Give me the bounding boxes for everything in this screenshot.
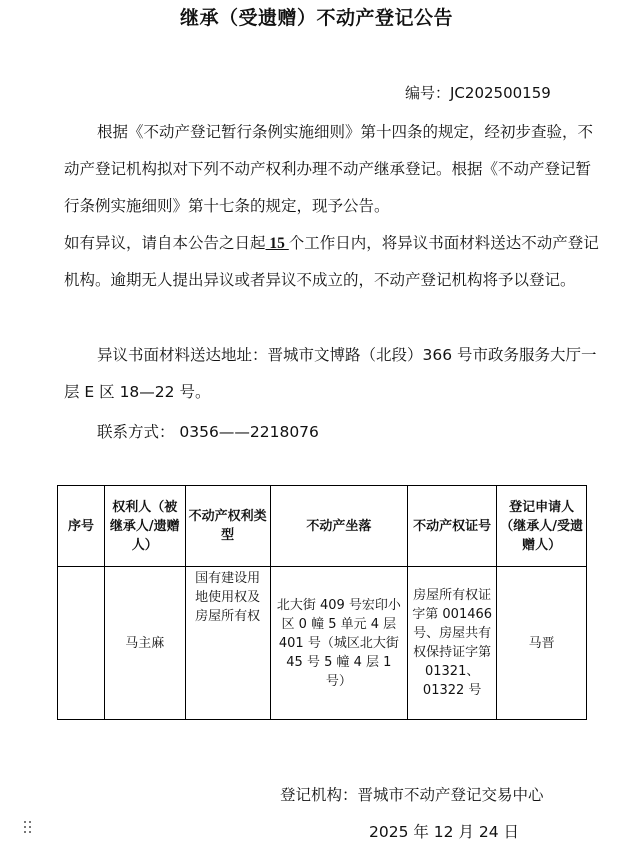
cell-applicant: 马晋	[497, 567, 587, 720]
notice-date: 2025 年 12 月 24 日	[369, 820, 519, 842]
table-header-row: 序号 权利人（被继承人/遗赠人） 不动产权利类型 不动产坐落 不动产权证号 登记…	[58, 486, 587, 567]
header-right-holder: 权利人（被继承人/遗赠人）	[104, 486, 185, 567]
drag-handle-icon[interactable]	[24, 821, 32, 837]
registration-table: 序号 权利人（被继承人/遗赠人） 不动产权利类型 不动产坐落 不动产权证号 登记…	[57, 485, 587, 720]
cell-location: 北大街 409 号宏印小区 0 幢 5 单元 4 层 401 号（城区北大街 4…	[270, 567, 408, 720]
header-location: 不动产坐落	[270, 486, 408, 567]
cell-right-type: 国有建设用地使用权及房屋所有权	[185, 567, 270, 720]
cell-certificate-no: 房屋所有权证字第 001466 号、房屋共有权保持证字第 01321、01322…	[408, 567, 497, 720]
document-number: 编号：JC202500159	[405, 82, 551, 103]
table-row: 马主麻 国有建设用地使用权及房屋所有权 北大街 409 号宏印小区 0 幢 5 …	[58, 567, 587, 720]
header-certificate-no: 不动产权证号	[408, 486, 497, 567]
header-right-type: 不动产权利类型	[185, 486, 270, 567]
contact-line: 联系方式： 0356——2218076	[64, 420, 319, 442]
header-applicant: 登记申请人（继承人/受遗赠人）	[497, 486, 587, 567]
cell-right-holder: 马主麻	[104, 567, 185, 720]
cell-index	[58, 567, 105, 720]
paragraph-objection: 如有异议，请自本公告之日起 15 个工作日内，将异议书面材料送达不动产登记机构。…	[64, 225, 604, 299]
paragraph-address: 异议书面材料送达地址：晋城市文博路（北段）366 号市政务服务大厅一层 E 区 …	[64, 337, 604, 411]
objection-text-before: 如有异议，请自本公告之日起	[64, 234, 266, 252]
registration-organization: 登记机构：晋城市不动产登记交易中心	[280, 783, 544, 805]
paragraph-legal-basis: 根据《不动产登记暂行条例实施细则》第十四条的规定，经初步查验，不动产登记机构拟对…	[64, 114, 604, 225]
objection-days: 15	[266, 235, 289, 252]
notice-title: 继承（受遗赠）不动产登记公告	[0, 3, 633, 30]
header-index: 序号	[58, 486, 105, 567]
